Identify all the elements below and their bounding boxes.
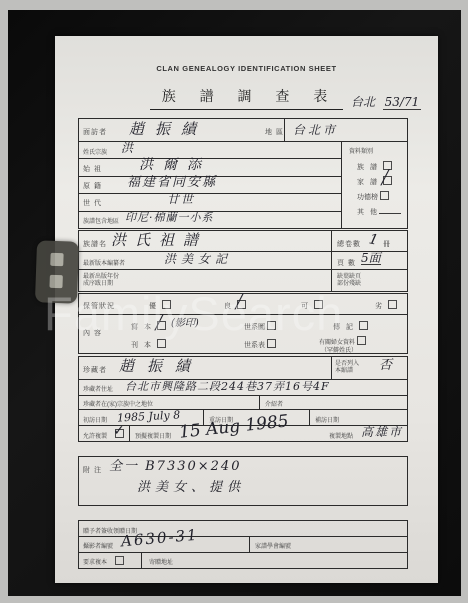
volumes-label: 總卷數 [337, 239, 361, 249]
condition-poor-label: 劣 [375, 303, 384, 310]
mailing-address-label: 寄贈地址 [149, 557, 173, 566]
table-clan-info: 面訪者 趙振績 地 區 台北市 姓氏宗族 洪 始 祖 洪爾添 原 籍 福建省同安… [78, 118, 408, 229]
copy-place-value: 高雄市 [361, 426, 403, 438]
survey-form-paper: CLAN GENEALOGY IDENTIFICATION SHEET 族 譜 … [55, 36, 438, 583]
copy-date-label: 預擬複製日期 [135, 431, 171, 440]
content-women-data-checkbox [357, 336, 366, 345]
category-family-genealogy-checkbox: ╱ [383, 176, 392, 185]
copy-permit-checkbox: ✓ [115, 429, 124, 438]
checkmark: ╱ [381, 170, 391, 186]
editor-value: 洪美女記 [164, 253, 232, 265]
condition-poor: 劣 [375, 300, 397, 311]
category-merit-board-label: 功德榜 [357, 194, 378, 201]
editor-label: 最新版本編纂者 [83, 258, 125, 267]
condition-good-label: 良 [224, 303, 233, 310]
content-printed: 刊 本 [131, 339, 166, 350]
microfilm-scan: CLAN GENEALOGY IDENTIFICATION SHEET 族 譜 … [0, 0, 468, 603]
divider [79, 314, 407, 315]
condition-fair-label: 可 [301, 303, 310, 310]
volumes-value: 1 [368, 232, 380, 248]
publication-date-label: 最新出版年份 成序跋日期 [83, 274, 119, 288]
photographer-no-value: A630-31 [120, 528, 199, 550]
area-value: 台北市 [293, 124, 338, 136]
origin-value: 福建省同安縣 [127, 176, 217, 189]
content-biography-checkbox [359, 321, 368, 330]
divider [249, 536, 250, 552]
coverage-value: 印尼·棉蘭一小系 [125, 212, 214, 223]
category-family-genealogy-label: 家 譜 [357, 179, 379, 186]
content-biography-label: 傳 記 [333, 324, 355, 331]
condition-excellent: 優 [149, 300, 171, 311]
collector-address-value: 台北市興隆路二段244巷37弄16号4F [125, 381, 330, 392]
checkmark: ╱ [235, 294, 245, 310]
collector-position-label: 珍藏者在(家)宗族中之地位 [83, 399, 153, 408]
missing-leaves-label: 缺葉缺頁 [337, 274, 361, 280]
content-lineage-table: 世系表 [244, 339, 276, 350]
content-printed-label: 刊 本 [131, 342, 153, 349]
condition-poor-checkbox [388, 300, 397, 309]
condition-excellent-checkbox [162, 300, 171, 309]
content-women-data-sub: （罕僻姓氏） [321, 345, 357, 354]
founding-ancestor-value: 洪爾添 [139, 158, 211, 172]
divider [284, 119, 285, 141]
sheet-number: 53/71 [383, 96, 422, 110]
content-lineage-chart: 世系圖 [244, 321, 276, 332]
checkmark: ╱ [155, 315, 165, 331]
condition-label: 保管狀況 [83, 301, 115, 311]
copy-date-value: 15 Aug 1985 [178, 413, 289, 441]
copy-request-label: 要求複本 [83, 557, 107, 566]
category-other-label: 其 他 [357, 209, 379, 216]
divider [79, 409, 407, 410]
category-family-genealogy: 家 譜 ╱ [357, 176, 392, 187]
interviewer-value: 趙振績 [129, 122, 207, 137]
divider [79, 395, 407, 396]
microfilm-inclusion-label-2: 本縮譜 [335, 368, 353, 374]
genealogy-title-value: 洪氏祖譜 [111, 233, 207, 248]
content-manuscript: 寫 本 ╱ [131, 321, 166, 332]
location-note-text: 台北 [351, 95, 375, 109]
divider [79, 269, 407, 270]
notes-label: 附 注 [83, 465, 102, 475]
content-manuscript-label: 寫 本 [131, 324, 153, 331]
generations-label: 世 代 [83, 198, 102, 208]
collector-value: 趙振績 [119, 359, 203, 374]
category-other: 其 他 [357, 207, 401, 217]
origin-label: 原 籍 [83, 181, 102, 191]
content-lineage-chart-checkbox [267, 321, 276, 330]
table-collector: 珍藏者 趙振績 是否列入 本縮譜 否 珍藏者住址 台北市興隆路二段244巷37弄… [78, 356, 408, 442]
table-archive: 贈予者簽收領贈日期 攝影者編號 A630-31 家譜學會編號 要求複本 寄贈地址 [78, 520, 408, 569]
divider [141, 552, 142, 568]
condition-fair-checkbox [314, 300, 323, 309]
microfilm-inclusion-label-1: 是否列入 [335, 361, 359, 367]
content-printed-checkbox [157, 339, 166, 348]
founding-ancestor-label: 始 祖 [83, 164, 102, 174]
missing-pages-label: 缺葉缺頁 部份殘缺 [337, 274, 361, 288]
divider [309, 409, 310, 425]
coverage-label: 族譜包含地區 [83, 216, 119, 225]
content-lineage-chart-label: 世系圖 [244, 324, 265, 331]
divider [341, 141, 342, 228]
microfilm-inclusion-label: 是否列入 本縮譜 [335, 361, 359, 375]
divider [259, 395, 260, 409]
collector-address-label: 珍藏者住址 [83, 384, 113, 393]
form-title: 族 譜 調 查 表 [150, 86, 344, 110]
divider [79, 552, 407, 553]
publication-year-label: 最新出版年份 [83, 274, 119, 280]
condition-good-checkbox: ╱ [237, 300, 246, 309]
divider [79, 251, 407, 252]
pages-label: 頁 數 [337, 258, 356, 268]
divider [79, 193, 341, 194]
photographer-no-label: 攝影者編號 [83, 541, 113, 550]
surname-clan-value: 洪 [121, 142, 133, 154]
content-manuscript-checkbox: ╱ [157, 321, 166, 330]
checkmark: ✓ [113, 423, 125, 439]
category-clan-genealogy-checkbox [383, 161, 392, 170]
condition-fair: 可 [301, 300, 323, 311]
sheet-title-en: CLAN GENEALOGY IDENTIFICATION SHEET [55, 64, 438, 73]
category-merit-board-checkbox [380, 191, 389, 200]
volumes-unit: 冊 [383, 239, 391, 249]
preface-date-label: 成序跋日期 [83, 281, 113, 287]
condition-excellent-label: 優 [149, 303, 158, 310]
copy-permit-label: 允許複製 [83, 431, 107, 440]
introducer-label: 介紹者 [265, 399, 283, 408]
content-label: 內 容 [83, 328, 102, 338]
generations-value: 廿世 [167, 193, 195, 205]
first-visit-label: 初訪日期 [83, 415, 107, 424]
partial-damage-label: 部份殘缺 [337, 281, 361, 287]
category-merit-board: 功德榜 [357, 191, 389, 202]
supplementary-visit-label: 補訪日期 [315, 415, 339, 424]
area-label: 地 區 [265, 127, 284, 137]
table-notes: 附 注 全一 B7330×240 洪美女、提供 [78, 456, 408, 506]
content-biography: 傳 記 [333, 321, 368, 332]
splice-hole [49, 275, 62, 288]
divider [331, 231, 332, 291]
category-clan-genealogy-label: 族 譜 [357, 164, 379, 171]
divider [129, 425, 130, 441]
divider [331, 357, 332, 379]
table-volume-info: 族譜名 洪氏祖譜 總卷數 1 冊 最新版本編纂者 洪美女記 頁 數 5面 最新出… [78, 230, 408, 292]
microfilm-inclusion-value: 否 [379, 359, 392, 372]
copy-request-checkbox [115, 556, 124, 565]
blank-line [379, 207, 401, 214]
splice-hole [50, 253, 63, 266]
film-splice-mark [35, 240, 79, 303]
pages-value: 5面 [361, 252, 381, 265]
society-no-label: 家譜學會編號 [255, 541, 291, 550]
interviewer-label: 面訪者 [83, 127, 107, 137]
location-note: 台北 53/71 [351, 96, 421, 110]
surname-clan-label: 姓氏宗族 [83, 147, 107, 156]
copy-place-label: 複製地點 [329, 431, 353, 440]
category-label: 資料類別 [349, 146, 373, 155]
condition-good: 良 ╱ [224, 300, 246, 311]
first-visit-value: 1985 July 8 [117, 409, 181, 423]
content-lineage-table-checkbox [267, 339, 276, 348]
content-lineage-table-label: 世系表 [244, 342, 265, 349]
note-line-2: 洪美女、提供 [137, 481, 245, 494]
collector-label: 珍藏者 [83, 365, 107, 375]
table-condition: 保管狀況 優 良 ╱ 可 劣 內 容 寫 本 ╱ (影印) [78, 293, 408, 354]
note-line-1: 全一 B7330×240 [109, 460, 241, 473]
content-manuscript-note: (影印) [171, 319, 199, 329]
genealogy-title-label: 族譜名 [83, 239, 107, 249]
